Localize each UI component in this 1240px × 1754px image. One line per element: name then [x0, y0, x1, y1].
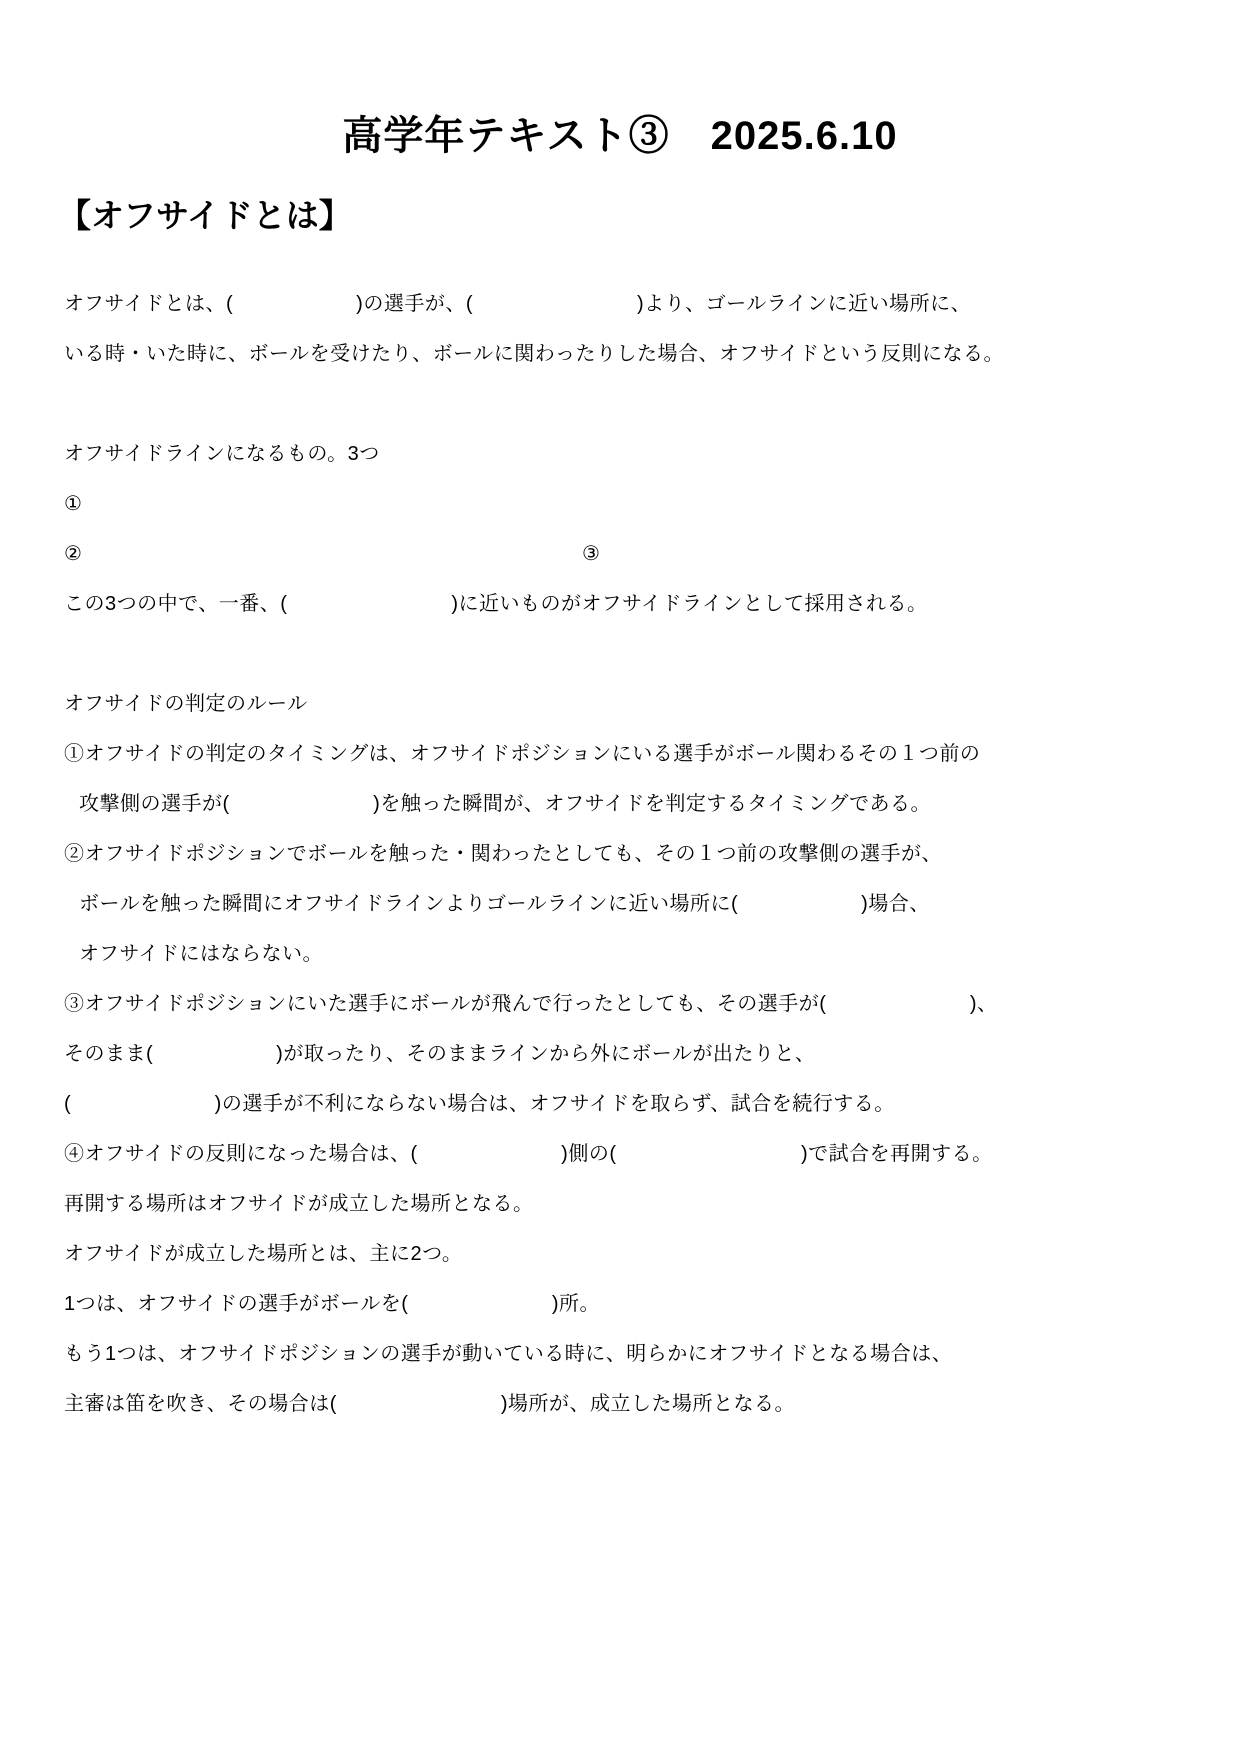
line-rules-heading: オフサイドの判定のルール — [0, 679, 1240, 729]
line-item-2-3-markers: ②③ — [0, 529, 1240, 579]
line-rule-3b: そのまま( )が取ったり、そのままラインから外にボールが出たりと、 — [0, 1029, 1240, 1079]
line-intro-1: オフサイドとは、( )の選手が、( )より、ゴールラインに近い場所に、 — [0, 279, 1240, 329]
line-rule-1b: 攻撃側の選手が( )を触った瞬間が、オフサイドを判定するタイミングである。 — [0, 779, 1240, 829]
document-body: オフサイドとは、( )の選手が、( )より、ゴールラインに近い場所に、 いる時・… — [0, 279, 1240, 1429]
line-item-1-marker: ① — [0, 479, 1240, 529]
line-rule-4c: オフサイドが成立した場所とは、主に2つ。 — [0, 1229, 1240, 1279]
page-title: 高学年テキスト③ 2025.6.10 — [0, 0, 1240, 160]
item-2-marker: ② — [64, 543, 82, 565]
section-heading: 【オフサイドとは】 — [58, 196, 1240, 236]
line-rule-2b: ボールを触った瞬間にオフサイドラインよりゴールラインに近い場所に( )場合、 — [0, 879, 1240, 929]
document-page: 高学年テキスト③ 2025.6.10 【オフサイドとは】 オフサイドとは、( )… — [0, 0, 1240, 1754]
line-offside-lines-note: この3つの中で、一番、( )に近いものがオフサイドラインとして採用される。 — [0, 579, 1240, 629]
line-rule-4f: 主審は笛を吹き、その場合は( )場所が、成立した場所となる。 — [0, 1379, 1240, 1429]
blank-line — [0, 379, 1240, 429]
line-rule-3a: ③オフサイドポジションにいた選手にボールが飛んで行ったとしても、その選手が( )… — [0, 979, 1240, 1029]
line-rule-3c: ( )の選手が不利にならない場合は、オフサイドを取らず、試合を続行する。 — [0, 1079, 1240, 1129]
line-intro-2: いる時・いた時に、ボールを受けたり、ボールに関わったりした場合、オフサイドという… — [0, 329, 1240, 379]
line-offside-lines-heading: オフサイドラインになるもの。3つ — [0, 429, 1240, 479]
line-rule-2a: ②オフサイドポジションでボールを触った・関わったとしても、その１つ前の攻撃側の選… — [0, 829, 1240, 879]
line-rule-1a: ①オフサイドの判定のタイミングは、オフサイドポジションにいる選手がボール関わるそ… — [0, 729, 1240, 779]
blank-line — [0, 629, 1240, 679]
line-rule-2c: オフサイドにはならない。 — [0, 929, 1240, 979]
line-rule-4e: もう1つは、オフサイドポジションの選手が動いている時に、明らかにオフサイドとなる… — [0, 1329, 1240, 1379]
line-rule-4a: ④オフサイドの反則になった場合は、( )側の( )で試合を再開する。 — [0, 1129, 1240, 1179]
item-3-marker: ③ — [582, 529, 600, 579]
line-rule-4b: 再開する場所はオフサイドが成立した場所となる。 — [0, 1179, 1240, 1229]
line-rule-4d: 1つは、オフサイドの選手がボールを( )所。 — [0, 1279, 1240, 1329]
